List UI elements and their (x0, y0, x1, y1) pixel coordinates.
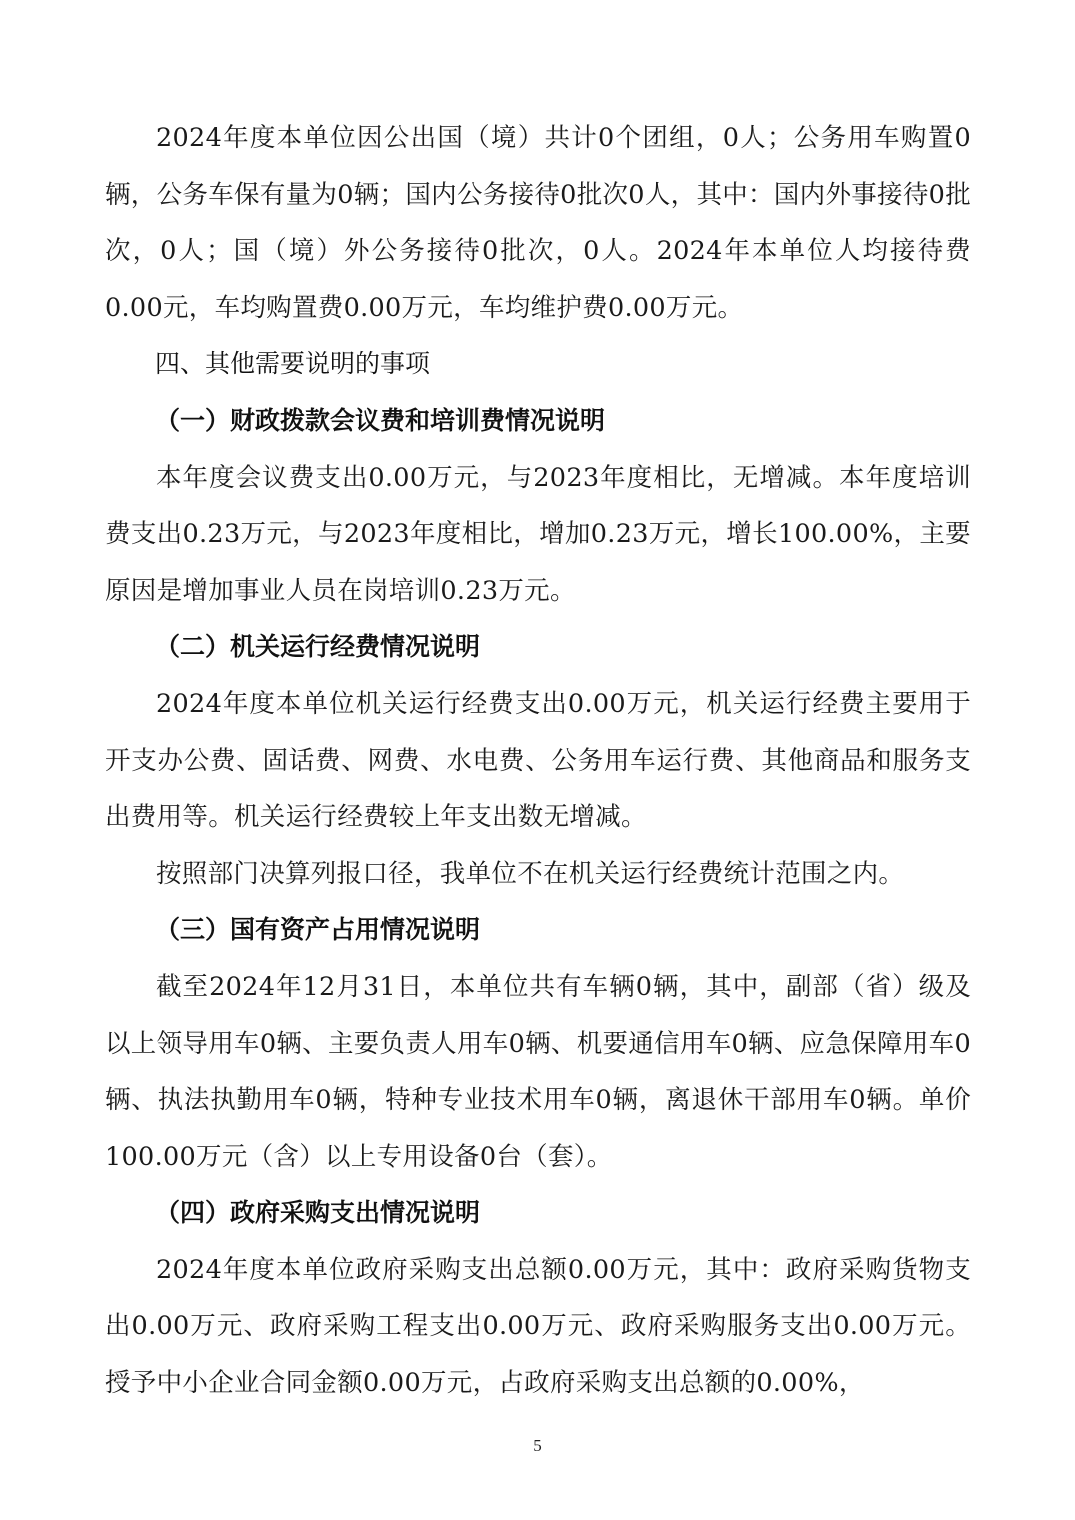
subheading-government-procurement: （四）政府采购支出情况说明 (105, 1185, 971, 1242)
section-heading-other-matters: 四、其他需要说明的事项 (105, 336, 971, 393)
paragraph-operating-expenses-scope: 按照部门决算列报口径，我单位不在机关运行经费统计范围之内。 (105, 846, 971, 903)
page-number: 5 (0, 1436, 1075, 1456)
document-page: 2024年度本单位因公出国（境）共计0个团组，0人；公务用车购置0辆，公务车保有… (105, 110, 971, 1412)
subheading-meeting-training-fees: （一）财政拨款会议费和培训费情况说明 (105, 393, 971, 450)
subheading-operating-expenses: （二）机关运行经费情况说明 (105, 619, 971, 676)
subheading-state-assets: （三）国有资产占用情况说明 (105, 902, 971, 959)
paragraph-operating-expenses: 2024年度本单位机关运行经费支出0.00万元，机关运行经费主要用于开支办公费、… (105, 676, 971, 846)
paragraph-government-procurement: 2024年度本单位政府采购支出总额0.00万元，其中：政府采购货物支出0.00万… (105, 1242, 971, 1412)
paragraph-state-assets: 截至2024年12月31日，本单位共有车辆0辆，其中，副部（省）级及以上领导用车… (105, 959, 971, 1185)
paragraph-overseas-and-reception: 2024年度本单位因公出国（境）共计0个团组，0人；公务用车购置0辆，公务车保有… (105, 110, 971, 336)
paragraph-meeting-training-fees: 本年度会议费支出0.00万元，与2023年度相比，无增减。本年度培训费支出0.2… (105, 450, 971, 620)
